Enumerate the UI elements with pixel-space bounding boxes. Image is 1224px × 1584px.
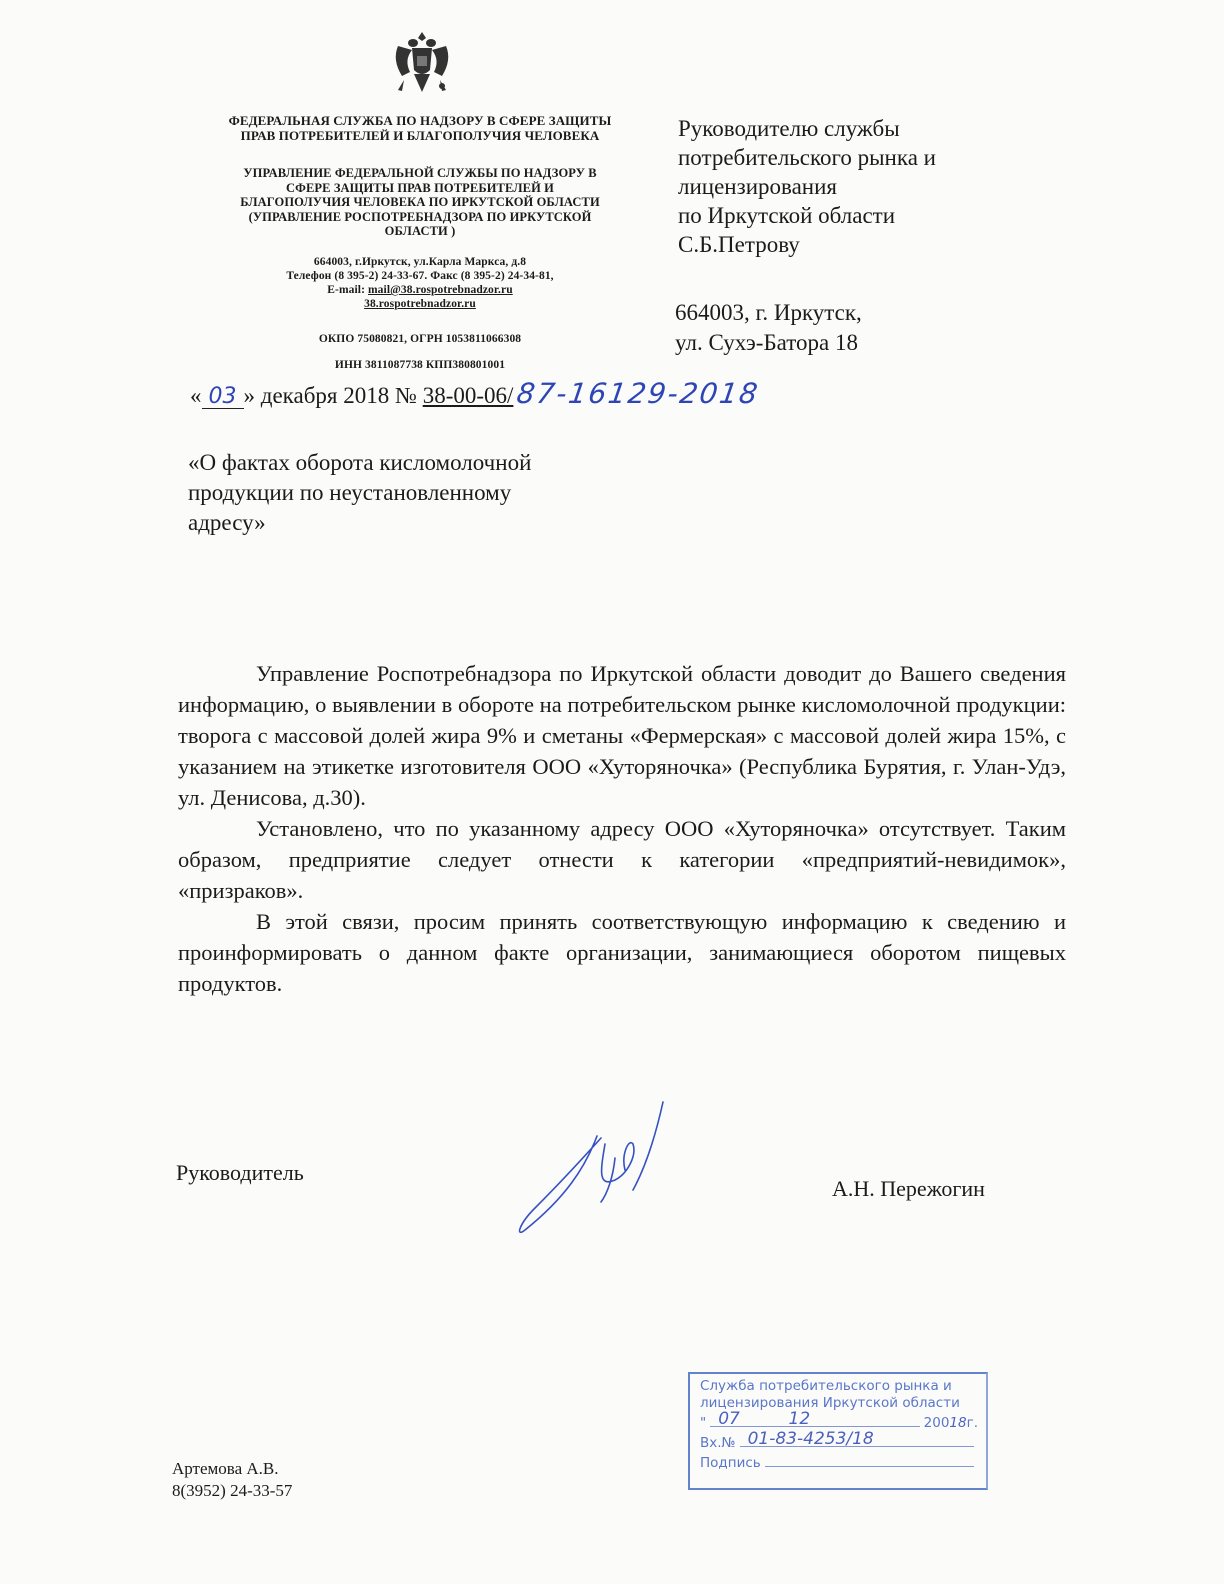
service-name-line: ПРАВ ПОТРЕБИТЕЛЕЙ И БЛАГОПОЛУЧИЯ ЧЕЛОВЕК…	[196, 128, 644, 143]
recipient-line: по Иркутской области	[678, 201, 936, 230]
stamp-signature-row: Подпись	[700, 1452, 978, 1472]
body-paragraph: Управление Роспотребнадзора по Иркутской…	[178, 658, 1066, 813]
stamp-incoming-number: 01-83-4253/18	[748, 1431, 874, 1448]
executor-name: Артемова А.В.	[172, 1458, 292, 1480]
stamp-year-g: г.	[967, 1415, 978, 1432]
service-name: ФЕДЕРАЛЬНАЯ СЛУЖБА ПО НАДЗОРУ В СФЕРЕ ЗА…	[196, 113, 644, 143]
letter-subject: «О фактах оборота кисломолочной продукци…	[188, 448, 531, 538]
close-quote: »	[244, 383, 256, 408]
subject-line: продукции по неустановленному	[188, 478, 531, 508]
executor-phone: 8(3952) 24-33-57	[172, 1480, 292, 1502]
registration-number-printed: 38-00-06/	[423, 383, 514, 408]
sender-address: 664003, г.Иркутск, ул.Карла Маркса, д.8	[196, 255, 644, 269]
incoming-registration-stamp: Служба потребительского рынка и лицензир…	[688, 1372, 988, 1490]
number-label: №	[395, 383, 417, 408]
email-link[interactable]: mail@38.rospotrebnadzor.ru	[368, 284, 513, 296]
signer-title: Руководитель	[176, 1160, 304, 1186]
stamp-date-handwritten: 07 12	[718, 1411, 810, 1428]
recipient-line: потребительского рынка и	[678, 143, 936, 172]
recipient-line: лицензирования	[678, 172, 936, 201]
department-name-line: ОБЛАСТИ )	[196, 224, 644, 239]
body-paragraph: Установлено, что по указанному адресу ОО…	[178, 813, 1066, 906]
stamp-year-handwritten: 18	[949, 1415, 966, 1432]
inn-kpp: ИНН 3811087738 КПП380801001	[196, 358, 644, 373]
stamp-incoming-label: Вх.№	[700, 1435, 736, 1452]
stamp-day: 07	[718, 1409, 740, 1429]
subject-line: адресу»	[188, 508, 531, 538]
registration-number-handwritten: 87-16129-2018	[515, 377, 762, 410]
stamp-incoming-field: 01-83-4253/18	[740, 1432, 974, 1447]
department-name-line: (УПРАВЛЕНИЕ РОСПОТРЕБНАДЗОРА ПО ИРКУТСКО…	[196, 210, 644, 225]
recipient-address-line: ул. Сухэ-Батора 18	[675, 328, 862, 358]
department-name-line: СФЕРЕ ЗАЩИТЫ ПРАВ ПОТРЕБИТЕЛЕЙ И	[196, 181, 644, 196]
stamp-signature-field	[765, 1452, 974, 1467]
department-name: УПРАВЛЕНИЕ ФЕДЕРАЛЬНОЙ СЛУЖБЫ ПО НАДЗОРУ…	[196, 166, 644, 239]
subject-line: «О фактах оборота кисломолочной	[188, 448, 531, 478]
recipient-address-line: 664003, г. Иркутск,	[675, 298, 862, 328]
handwritten-day: 03	[202, 386, 244, 409]
stamp-org-line: Служба потребительского рынка и	[700, 1378, 978, 1395]
stamp-signature-label: Подпись	[700, 1455, 761, 1472]
department-name-line: УПРАВЛЕНИЕ ФЕДЕРАЛЬНОЙ СЛУЖБЫ ПО НАДЗОРУ…	[196, 166, 644, 181]
stamp-year-printed: 200	[924, 1415, 950, 1432]
recipient-name: С.Б.Петрову	[678, 230, 936, 259]
okpo-ogrn: ОКПО 75080821, ОГРН 1053811066308	[196, 332, 644, 347]
sender-email-line: E-mail: mail@38.rospotrebnadzor.ru	[196, 283, 644, 297]
signer-name: А.Н. Пережогин	[832, 1176, 985, 1202]
handwritten-signature-icon	[505, 1098, 665, 1238]
stamp-month: 12	[789, 1409, 811, 1429]
sender-phone-fax: Телефон (8 395-2) 24-33-67. Факс (8 395-…	[196, 269, 644, 283]
sender-contacts: 664003, г.Иркутск, ул.Карла Маркса, д.8 …	[196, 255, 644, 311]
stamp-date-field: 07 12	[710, 1412, 919, 1427]
service-name-line: ФЕДЕРАЛЬНАЯ СЛУЖБА ПО НАДЗОРУ В СФЕРЕ ЗА…	[196, 113, 644, 128]
registration-line: «03» декабря 2018 № 38-00-06/87-16129-20…	[190, 377, 760, 410]
website-link[interactable]: 38.rospotrebnadzor.ru	[196, 297, 644, 311]
letter-body: Управление Роспотребнадзора по Иркутской…	[178, 658, 1066, 999]
email-label: E-mail:	[327, 284, 368, 296]
recipient-block: Руководителю службы потребительского рын…	[678, 114, 936, 259]
stamp-incoming-row: Вх.№ 01-83-4253/18	[700, 1432, 978, 1452]
month-year: декабря 2018	[261, 383, 389, 408]
stamp-date-quote: "	[700, 1415, 706, 1432]
recipient-line: Руководителю службы	[678, 114, 936, 143]
department-name-line: БЛАГОПОЛУЧИЯ ЧЕЛОВЕКА ПО ИРКУТСКОЙ ОБЛАС…	[196, 195, 644, 210]
open-quote: «	[190, 383, 202, 408]
coat-of-arms-emblem-icon	[384, 26, 460, 102]
body-paragraph: В этой связи, просим принять соответству…	[178, 906, 1066, 999]
recipient-address: 664003, г. Иркутск, ул. Сухэ-Батора 18	[675, 298, 862, 358]
executor-block: Артемова А.В. 8(3952) 24-33-57	[172, 1458, 292, 1502]
